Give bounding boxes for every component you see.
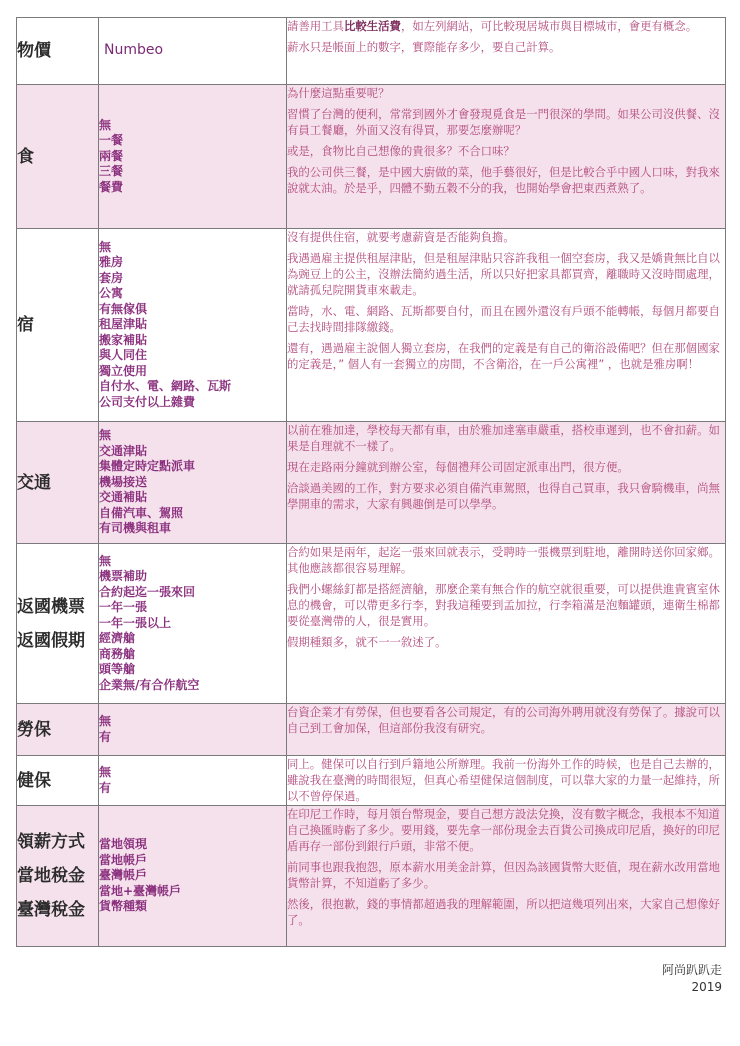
option-item: 當地領現 [99,837,286,853]
note-text: 請善用工具 [287,19,344,33]
option-item: 套房 [99,271,286,287]
option-item: 有司機與租車 [99,521,286,537]
table-row-housing: 宿 無 雅房 套房 公寓 有無傢俱 租屋津貼 搬家補貼 與人同住 獨立使用 自付… [17,229,726,422]
note-paragraph: 前同事也跟我抱怨，原本薪水用美金計算，但因為該國貨幣大貶值，現在薪水改用當地貨幣… [287,859,725,891]
note-paragraph: 合約如果是兩年，起迄一張來回就表示，受聘時一張機票到駐地，離開時送你回家鄉。其他… [287,544,725,576]
option-item: 商務艙 [99,647,286,663]
option-item: 貨幣種類 [99,899,286,915]
notes-cell: 以前在雅加達，學校每天都有車，由於雅加達塞車嚴重，搭校車遲到，也不會扣薪。如果是… [287,422,726,544]
option-item: 無 [99,554,286,570]
category-cell: 健保 [17,756,99,806]
notes-cell: 同上。健保可以自行到戶籍地公所辦理。我前一份海外工作的時候，也是自己去辦的，雖說… [287,756,726,806]
category-label: 物價 [17,34,98,68]
notes-cell: 請善用工具比較生活費，如左列網站，可比較現居城市與目標城市，會更有概念。 薪水只… [287,18,726,85]
option-item: 頭等艙 [99,662,286,678]
category-label: 返國機票 [17,590,98,624]
category-label: 當地稅金 [17,859,98,893]
category-label: 勞保 [17,713,98,747]
notes-cell: 在印尼工作時，每月領台幣現金，要自己想方設法兌換，沒有數字概念，我根本不知道自己… [287,806,726,947]
table-row-labor-insurance: 勞保 無 有 台資企業才有勞保，但也要看各公司規定，有的公司海外聘用就沒有勞保了… [17,704,726,756]
option-item: 交通補貼 [99,490,286,506]
option-item: 機票補助 [99,569,286,585]
category-cell: 交通 [17,422,99,544]
author-name: 阿尚趴趴走 [662,962,722,979]
category-label: 交通 [17,466,98,500]
note-paragraph: 我的公司供三餐，是中國大廚做的菜，他手藝很好，但是比較合乎中國人口味，對我來說就… [287,164,725,196]
note-paragraph: 還有，遇過雇主說個人獨立套房，在我們的定義是有自己的衛浴設備吧？但在那個國家的定… [287,340,725,372]
option-item: 交通津貼 [99,444,286,460]
option-item: 臺灣帳戶 [99,868,286,884]
note-paragraph: 現在走路兩分鐘就到辦公室，每個禮拜公司固定派車出門，很方便。 [287,459,725,475]
category-label: 返國假期 [17,624,98,658]
option-item: 企業無/有合作航空 [99,678,286,694]
note-paragraph: 沒有提供住宿，就要考慮薪資是否能夠負擔。 [287,229,725,245]
category-cell: 物價 [17,18,99,85]
option-item: 一餐 [99,133,286,149]
option-item: 經濟艙 [99,631,286,647]
option-item: 有 [99,781,286,797]
note-paragraph: 在印尼工作時，每月領台幣現金，要自己想方設法兌換，沒有數字概念，我根本不知道自己… [287,806,725,854]
note-emphasis: 比較生活費 [344,19,401,33]
note-paragraph: 薪水只是帳面上的數字，實際能存多少，要自己計算。 [287,39,725,55]
option-item: 無 [99,240,286,256]
category-label: 食 [17,140,98,174]
options-cell: 無 交通津貼 集體定時定點派車 機場接送 交通補貼 自備汽車、駕照 有司機與租車 [99,422,287,544]
table-row-price: 物價 Numbeo 請善用工具比較生活費，如左列網站，可比較現居城市與目標城市，… [17,18,726,85]
year: 2019 [662,979,722,996]
category-cell: 返國機票 返國假期 [17,544,99,704]
option-item: 兩餐 [99,149,286,165]
option-item: 無 [99,118,286,134]
table-row-food: 食 無 一餐 兩餐 三餐 餐費 為什麼這點重要呢？ 習慣了台灣的便利，常常到國外… [17,85,726,229]
note-text: ，如左列網站，可比較現居城市與目標城市，會更有概念。 [401,19,697,33]
option-item: 集體定時定點派車 [99,459,286,475]
options-cell: 無 雅房 套房 公寓 有無傢俱 租屋津貼 搬家補貼 與人同住 獨立使用 自付水、… [99,229,287,422]
category-cell: 食 [17,85,99,229]
note-paragraph: 習慣了台灣的便利，常常到國外才會發現覓食是一門很深的學問。如果公司沒供餐、沒有員… [287,106,725,138]
category-label: 健保 [17,764,98,798]
category-label: 領薪方式 [17,825,98,859]
table-row-health-insurance: 健保 無 有 同上。健保可以自行到戶籍地公所辦理。我前一份海外工作的時候，也是自… [17,756,726,806]
note-paragraph: 為什麼這點重要呢？ [287,85,725,101]
note-paragraph: 同上。健保可以自行到戶籍地公所辦理。我前一份海外工作的時候，也是自己去辦的，雖說… [287,756,725,804]
options-cell: Numbeo [99,18,287,85]
notes-cell: 為什麼這點重要呢？ 習慣了台灣的便利，常常到國外才會發現覓食是一門很深的學問。如… [287,85,726,229]
option-item: 機場接送 [99,475,286,491]
numbeo-link[interactable]: Numbeo [104,43,286,59]
option-item: 租屋津貼 [99,317,286,333]
option-item: 一年一張 [99,600,286,616]
category-label: 臺灣稅金 [17,893,98,927]
note-paragraph: 我遇過雇主提供租屋津貼，但是租屋津貼只容許我租一個空套房，我又是嬌貴無比自以為豌… [287,250,725,298]
note-paragraph: 以前在雅加達，學校每天都有車，由於雅加達塞車嚴重，搭校車遲到，也不會扣薪。如果是… [287,422,725,454]
option-item: 與人同住 [99,348,286,364]
table-row-transport: 交通 無 交通津貼 集體定時定點派車 機場接送 交通補貼 自備汽車、駕照 有司機… [17,422,726,544]
option-item: 自付水、電、網路、瓦斯 [99,379,286,395]
options-cell: 無 有 [99,756,287,806]
category-cell: 宿 [17,229,99,422]
notes-cell: 合約如果是兩年，起迄一張來回就表示，受聘時一張機票到駐地，離開時送你回家鄉。其他… [287,544,726,704]
options-cell: 無 一餐 兩餐 三餐 餐費 [99,85,287,229]
option-item: 無 [99,428,286,444]
option-item: 有無傢俱 [99,302,286,318]
benefits-comparison-table: 物價 Numbeo 請善用工具比較生活費，如左列網站，可比較現居城市與目標城市，… [16,17,726,947]
note-paragraph: 然後，很抱歉，錢的事情都超過我的理解範圍，所以把這幾項列出來，大家自己想像好了。 [287,896,725,928]
note-paragraph: 台資企業才有勞保，但也要看各公司規定，有的公司海外聘用就沒有勞保了。據說可以自己… [287,704,725,736]
option-item: 一年一張以上 [99,616,286,632]
note-paragraph: 我們小螺絲釘都是搭經濟艙，那麼企業有無合作的航空就很重要，可以提供進貴賓室休息的… [287,581,725,629]
option-item: 當地+臺灣帳戶 [99,884,286,900]
option-item: 搬家補貼 [99,333,286,349]
option-item: 合約起迄一張來回 [99,585,286,601]
option-item: 公司支付以上雜費 [99,395,286,411]
note-paragraph: 請善用工具比較生活費，如左列網站，可比較現居城市與目標城市，會更有概念。 [287,18,725,34]
options-cell: 當地領現 當地帳戶 臺灣帳戶 當地+臺灣帳戶 貨幣種類 [99,806,287,947]
note-paragraph: 假期種類多，就不一一敘述了。 [287,634,725,650]
option-item: 無 [99,765,286,781]
notes-cell: 台資企業才有勞保，但也要看各公司規定，有的公司海外聘用就沒有勞保了。據說可以自己… [287,704,726,756]
option-item: 雅房 [99,255,286,271]
table-row-salary-tax: 領薪方式 當地稅金 臺灣稅金 當地領現 當地帳戶 臺灣帳戶 當地+臺灣帳戶 貨幣… [17,806,726,947]
note-paragraph: 或是，食物比自己想像的貴很多？不合口味？ [287,143,725,159]
option-item: 公寓 [99,286,286,302]
option-item: 獨立使用 [99,364,286,380]
notes-cell: 沒有提供住宿，就要考慮薪資是否能夠負擔。 我遇過雇主提供租屋津貼，但是租屋津貼只… [287,229,726,422]
option-item: 無 [99,714,286,730]
category-label: 宿 [17,308,98,342]
table-row-home-leave: 返國機票 返國假期 無 機票補助 合約起迄一張來回 一年一張 一年一張以上 經濟… [17,544,726,704]
category-cell: 領薪方式 當地稅金 臺灣稅金 [17,806,99,947]
option-item: 有 [99,730,286,746]
options-cell: 無 有 [99,704,287,756]
note-paragraph: 當時，水、電、網路、瓦斯都要自付，而且在國外還沒有戶頭不能轉帳，每個月都要自己去… [287,303,725,335]
option-item: 餐費 [99,180,286,196]
options-cell: 無 機票補助 合約起迄一張來回 一年一張 一年一張以上 經濟艙 商務艙 頭等艙 … [99,544,287,704]
note-paragraph: 洽談過美國的工作，對方要求必須自備汽車駕照，也得自己買車，我只會騎機車，尚無學開… [287,480,725,512]
signature: 阿尚趴趴走 2019 [662,962,722,996]
option-item: 當地帳戶 [99,853,286,869]
category-cell: 勞保 [17,704,99,756]
option-item: 自備汽車、駕照 [99,506,286,522]
option-item: 三餐 [99,164,286,180]
